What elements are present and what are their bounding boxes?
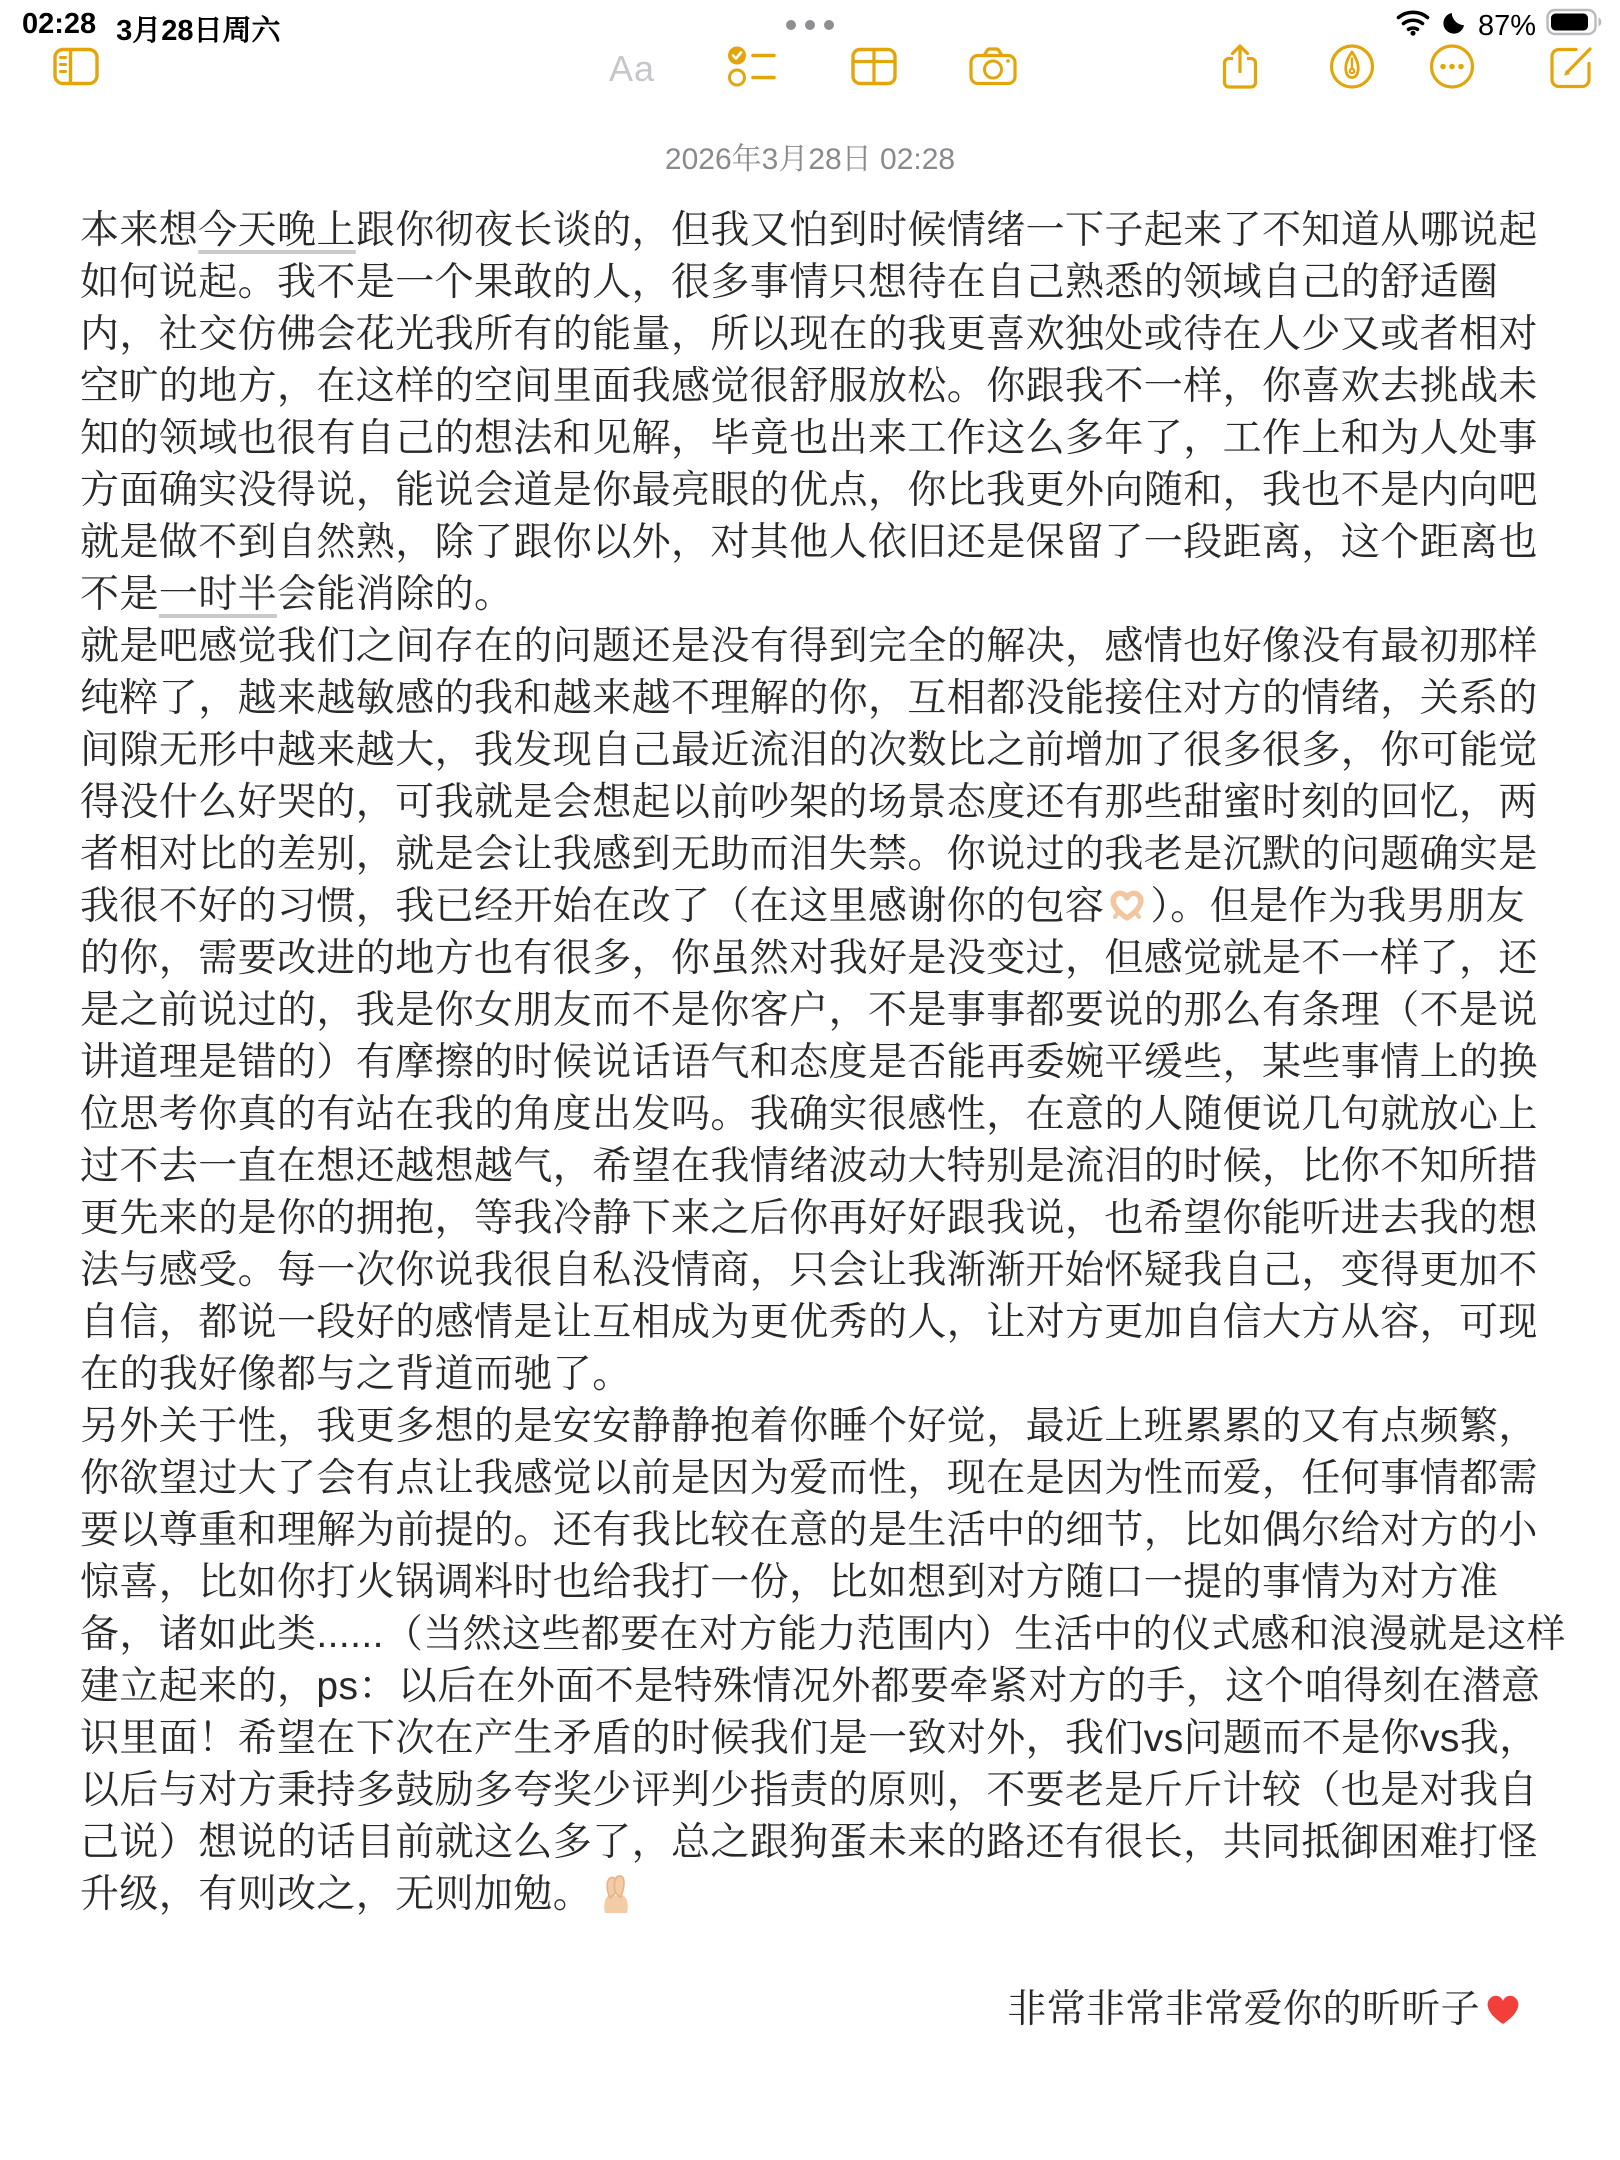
note-line: 空旷的地方，在这样的空间里面我感觉很舒服放松。你跟我不一样，你喜欢去挑战未 [80,361,1540,413]
compose-icon [1547,42,1597,97]
note-line: 方面确实没得说，能说会道是你最亮眼的优点，你比我更外向随和，我也不是内向吧 [80,465,1540,517]
note-line: 另外关于性，我更多想的是安安静静抱着你睡个好觉，最近上班累累的又有点频繁， [80,1401,1540,1453]
note-line: 在的我好像都与之背道而驰了。 [80,1349,1540,1401]
note-line: 更先来的是你的拥抱，等我冷静下来之后你再好好跟我说，也希望你能听进去我的想 [80,1193,1540,1245]
note-body: 本来想今天晚上跟你彻夜长谈的，但我又怕到时候情绪一下子起来了不知道从哪说起如何说… [80,205,1540,1921]
note-line: 法与感受。每一次你说我很自私没情商，只会让我渐渐开始怀疑我自己，变得更加不 [80,1245,1540,1297]
note-line: 的你，需要改进的地方也有很多，你虽然对我好是没变过，但感觉就是不一样了，还 [80,933,1540,985]
crossed-fingers-emoji [594,1872,636,1928]
note-line: 者相对比的差别，就是会让我感到无助而泪失禁。你说过的我老是沉默的问题确实是 [80,829,1540,881]
note-line: 是之前说过的，我是你女朋友而不是你客户，不是事事都要说的那么有条理（不是说 [80,985,1540,1037]
note-editor[interactable]: 2026年3月28日 02:28 本来想今天晚上跟你彻夜长谈的，但我又怕到时候情… [80,0,1540,2036]
note-line: 己说）想说的话目前就这么多了，总之跟狗蛋未来的路还有很长，共同抵御困难打怪 [80,1817,1540,1869]
note-closing-line: 非常非常非常爱你的昕昕子 [80,1984,1540,2036]
note-line: 要以尊重和理解为前提的。还有我比较在意的是生活中的细节，比如偶尔给对方的小 [80,1505,1540,1557]
note-line: 惊喜，比如你打火锅调料时也给我打一份，比如想到对方随口一提的事情为对方准 [80,1557,1540,1609]
note-line: 位思考你真的有站在我的角度出发吗。我确实很感性，在意的人随便说几句就放心上 [80,1089,1540,1141]
red-heart-emoji [1482,1987,1524,2043]
compose-button[interactable] [1547,42,1597,97]
note-line: 纯粹了，越来越敏感的我和越来越不理解的你，互相都没能接住对方的情绪，关系的 [80,673,1540,725]
note-line: 升级，有则改之，无则加勉。 [80,1869,1540,1921]
note-line: 以后与对方秉持多鼓励多夸奖少评判少指责的原则，不要老是斤斤计较（也是对我自 [80,1765,1540,1817]
note-line: 不是一时半会能消除的。 [80,569,1540,621]
note-line: 你欲望过大了会有点让我感觉以前是因为爱而性，现在是因为性而爱，任何事情都需 [80,1453,1540,1505]
note-line: 内，社交仿佛会花光我所有的能量，所以现在的我更喜欢独处或待在人少又或者相对 [80,309,1540,361]
note-line: 建立起来的，ps：以后在外面不是特殊情况外都要牵紧对方的手，这个咱得刻在潜意 [80,1661,1540,1713]
note-timestamp: 2026年3月28日 02:28 [80,141,1540,179]
note-line: 识里面！希望在下次在产生矛盾的时候我们是一致对外，我们vs问题而不是你vs我， [80,1713,1540,1765]
note-line: 如何说起。我不是一个果敢的人，很多事情只想待在自己熟悉的领域自己的舒适圈 [80,257,1540,309]
note-line: 我很不好的习惯，我已经开始在改了（在这里感谢你的包容）。但是作为我男朋友 [80,881,1540,933]
battery-icon [1546,8,1604,44]
note-line: 就是吧感觉我们之间存在的问题还是没有得到完全的解决，感情也好像没有最初那样 [80,621,1540,673]
note-line: 本来想今天晚上跟你彻夜长谈的，但我又怕到时候情绪一下子起来了不知道从哪说起 [80,205,1540,257]
note-line: 知的领域也很有自己的想法和见解，毕竟也出来工作这么多年了，工作上和为人处事 [80,413,1540,465]
note-line: 就是做不到自然熟，除了跟你以外，对其他人依旧还是保留了一段距离，这个距离也 [80,517,1540,569]
heart-hands-emoji [1106,884,1148,940]
note-line: 自信，都说一段好的感情是让互相成为更优秀的人，让对方更加自信大方从容，可现 [80,1297,1540,1349]
note-line: 备，诸如此类......（当然这些都要在对方能力范围内）生活中的仪式感和浪漫就是… [80,1609,1540,1661]
note-line: 讲道理是错的）有摩擦的时候说话语气和态度是否能再委婉平缓些，某些事情上的换 [80,1037,1540,1089]
note-line: 过不去一直在想还越想越气，希望在我情绪波动大特别是流泪的时候，比你不知所措 [80,1141,1540,1193]
note-line: 间隙无形中越来越大，我发现自己最近流泪的次数比之前增加了很多很多，你可能觉 [80,725,1540,777]
note-line: 得没什么好哭的，可我就是会想起以前吵架的场景态度还有那些甜蜜时刻的回忆，两 [80,777,1540,829]
